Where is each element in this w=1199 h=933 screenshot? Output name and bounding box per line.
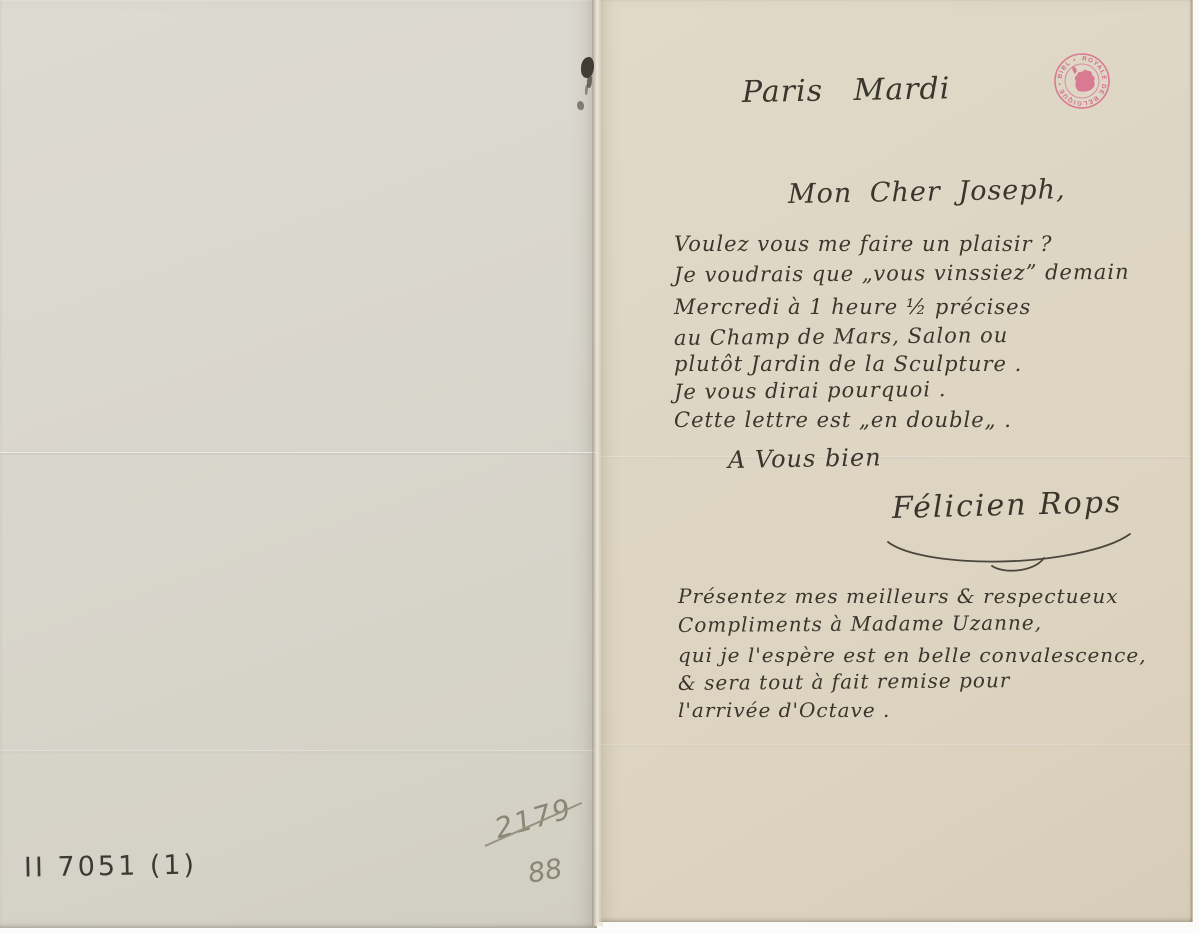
postscript-line: Présentez mes meilleurs & respectueux <box>678 585 1119 607</box>
scanned-letter-spread: ROYALE DE BELGIQUE • BIBL • Paris Mardi … <box>0 0 1199 933</box>
letter-line: au Champ de Mars, Salon ou <box>674 324 1008 350</box>
fold-crease <box>0 452 597 455</box>
library-stamp: ROYALE DE BELGIQUE • BIBL • <box>1051 50 1113 112</box>
pencil-inventory-denominator: 88 <box>526 853 565 889</box>
letter-line: Mercredi à 1 heure ½ précises <box>674 296 1031 319</box>
letter-line: Cette lettre est „en double„ . <box>674 409 1012 432</box>
postscript-line: & sera tout à fait remise pour <box>678 669 1011 694</box>
fold-crease <box>0 750 597 753</box>
stamp-icon: ROYALE DE BELGIQUE • BIBL • <box>1051 50 1113 112</box>
ink-blot <box>577 101 584 110</box>
postscript-line: l'arrivée d'Octave . <box>678 699 890 721</box>
letter-line: Je voudrais que „vous vinssiez” demain <box>674 261 1130 287</box>
letter-page <box>597 0 1193 922</box>
left-blank-page <box>0 0 597 928</box>
signature: Félicien Rops <box>892 486 1123 525</box>
shelfmark: II 7051 (1) <box>24 849 198 883</box>
lion-icon <box>1072 66 1094 92</box>
letter-salutation: Mon Cher Joseph, <box>788 175 1066 210</box>
letter-dateline: Paris Mardi <box>742 72 951 109</box>
letter-closing: A Vous bien <box>728 444 882 473</box>
letter-line: Je vous dirai pourquoi . <box>674 378 947 404</box>
center-fold <box>592 0 603 926</box>
letter-line: Voulez vous me faire un plaisir ? <box>674 233 1053 256</box>
signature-flourish <box>884 528 1134 580</box>
fold-crease <box>600 456 1190 459</box>
postscript-line: Compliments à Madame Uzanne, <box>678 611 1042 636</box>
postscript-line: qui je l'espère est en belle convalescen… <box>678 644 1147 666</box>
fold-crease <box>600 744 1190 747</box>
letter-line: plutôt Jardin de la Sculpture . <box>674 353 1022 376</box>
